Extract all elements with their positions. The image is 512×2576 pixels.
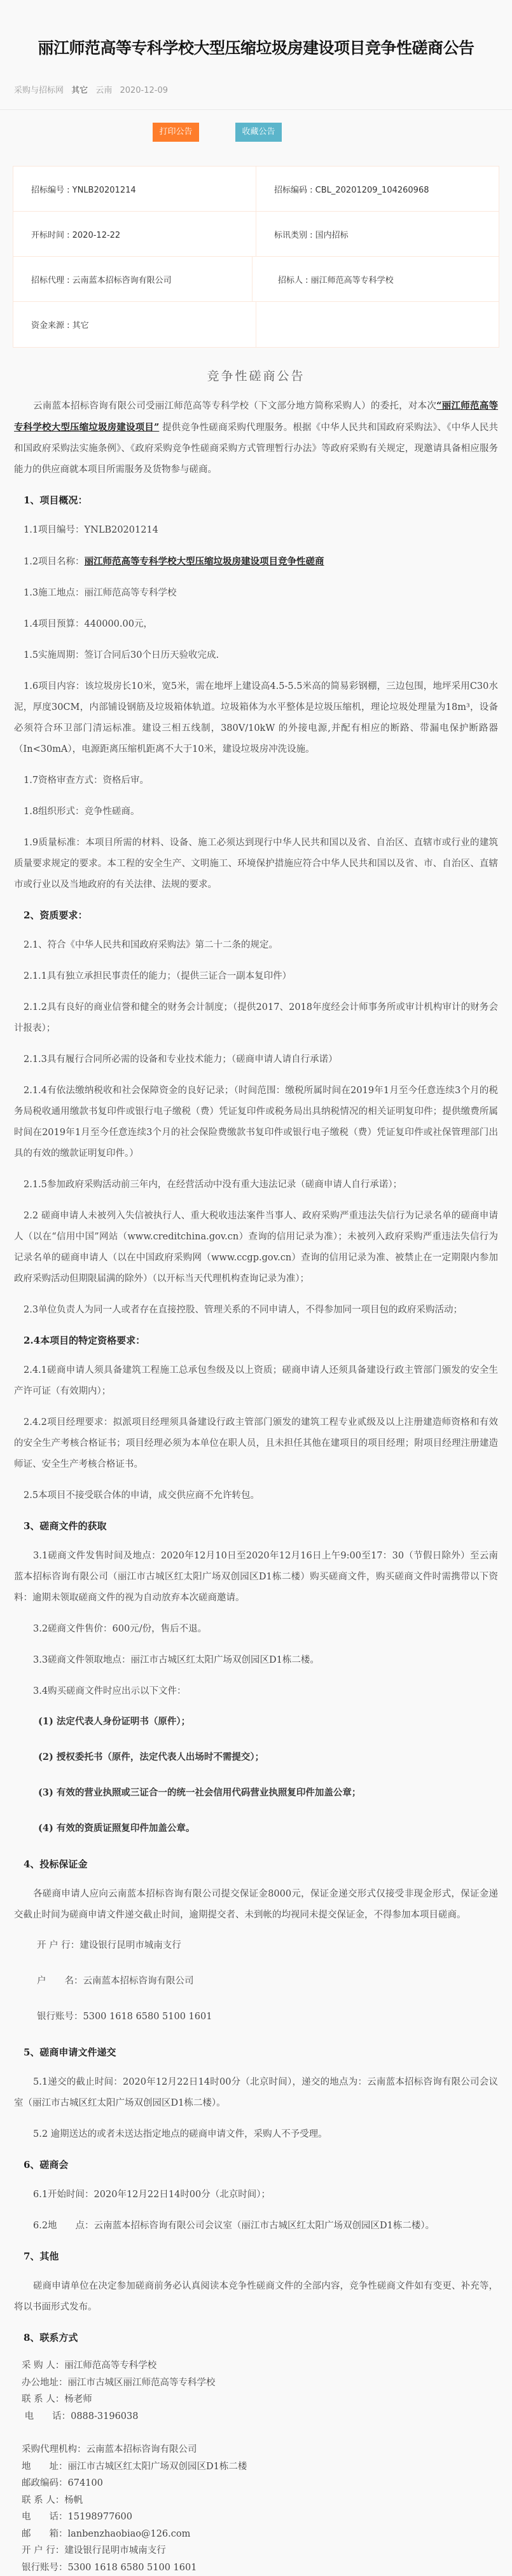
bid-number: 招标编号 : YNLB20201214 [13,167,256,211]
empty-cell [256,302,499,347]
meta-bar: 采购与招标网 其它 云南 2020-12-09 [0,83,512,99]
item: 1.8组织形式：竞争性磋商。 [14,801,498,822]
section-heading: 3、磋商文件的获取 [14,1516,498,1536]
item: 6.1开始时间：2020年12月22日14时00分（北京时间）； [14,2184,498,2205]
item: 3.4购买磋商文件时应出示以下文件： [14,1681,498,1702]
item: 2.3单位负责人为同一人或者存在直接控股、管理关系的不同申请人，不得参加同一项目… [14,1300,498,1321]
other-paragraph: 磋商申请单位在决定参加磋商前务必认真阅读本竞争性磋商文件的全部内容，竞争性磋商文… [14,2276,498,2318]
section-heading: 4、投标保证金 [14,1855,498,1874]
item: 2.5本项目不接受联合体的申请，成交供应商不允许转包。 [14,1485,498,1506]
section-heading: 1、项目概况： [14,491,498,510]
item: 1.4项目预算：440000.00元， [14,614,498,635]
agency-account: 银行账号：5300 1618 6580 5100 1601 [22,2559,498,2576]
item: 2.1.2具有良好的商业信誉和健全的财务会计制度；（提供2017、2018年度经… [14,997,498,1039]
item: 1.2项目名称：丽江师范高等专科学校大型压缩垃圾房建设项目竞争性磋商 [14,551,498,573]
buyer-contact: 联 系 人：杨老师 [22,2391,498,2408]
agency-address: 地 址：丽江市古城区红太阳广场双创园区D1栋二楼 [22,2458,498,2476]
item: 1.6项目内容：该垃圾房长10米，宽5米，需在地坪上建设高4.5-5.5米高的简… [14,676,498,760]
info-row: 开标时间 : 2020-12-22 标讯类别 : 国内招标 [13,212,499,257]
bank-name: 开 户 行：建设银行昆明市城南支行 [14,1936,498,1955]
item: 2.1.3具有履行合同所必需的设备和专业技术能力；（磋商申请人请自行承诺） [14,1049,498,1070]
section-heading: 7、其他 [14,2247,498,2266]
item: 6.2地 点：云南蓝本招标咨询有限公司会议室（丽江市古城区红太阳广场双创园区D1… [14,2216,498,2237]
required-doc: (4) 有效的资质证照复印件加盖公章。 [14,1819,498,1838]
item: 2.2 磋商申请人未被列入失信被执行人、重大税收违法案件当事人、政府采购严重违法… [14,1206,498,1290]
tenderer: 招标人 : 丽江师范高等专科学校 [253,257,499,301]
item: 3.1磋商文件发售时间及地点：2020年12月10日至2020年12月16日上午… [14,1546,498,1609]
source-label: 采购与招标网 [14,86,64,95]
agency-bank: 开 户 行：建设银行昆明市城南支行 [22,2542,498,2559]
account-name: 户 名：云南蓝本招标咨询有限公司 [14,1972,498,1991]
item: 1.1项目编号：YNLB20201214 [14,520,498,541]
buyer-address: 办公地址：丽江市古城区丽江师范高等专科学校 [22,2375,498,2392]
item-label: 1.2项目名称： [24,557,85,567]
page-title: 丽江师范高等专科学校大型压缩垃圾房建设项目竞争性磋商公告 [0,0,512,61]
item: 5.1递交的截止时间：2020年12月22日14时00分（北京时间），递交的地点… [14,2072,498,2114]
required-doc: (3) 有效的营业执照或三证合一的统一社会信用代码营业执照复印件加盖公章； [14,1783,498,1803]
open-time: 开标时间 : 2020-12-22 [13,212,256,256]
category-label: 其它 [71,86,88,95]
buyer-name: 采 购 人：丽江师范高等专科学校 [22,2357,498,2375]
item: 2.1.1具有独立承担民事责任的能力；（提供三证合一副本复印件） [14,966,498,987]
contact-block: 采 购 人：丽江师范高等专科学校 办公地址：丽江市古城区丽江师范高等专科学校 联… [14,2357,498,2576]
intro-paragraph: 云南蓝本招标咨询有限公司受丽江师范高等专科学校（下文部分地方简称采购人）的委托，… [14,395,498,480]
item: 1.5实施周期：签订合同后30个日历天验收完成. [14,645,498,666]
deposit-paragraph: 各磋商申请人应向云南蓝本招标咨询有限公司提交保证金8000元，保证金递交形式仅接… [14,1884,498,1926]
agency-phone: 电 话：15198977600 [22,2509,498,2526]
item: 2.1.5参加政府采购活动前三年内，在经营活动中没有重大违法记录（磋商申请人自行… [14,1175,498,1196]
item: 3.3磋商文件领取地点：丽江市古城区红太阳广场双创园区D1栋二楼。 [14,1650,498,1671]
spacer [22,2425,498,2441]
fund-source: 资金来源 : 其它 [13,302,256,347]
agency-name: 采购代理机构：云南蓝本招标咨询有限公司 [22,2441,498,2458]
buyer-phone: 电 话：0888-3196038 [22,2408,498,2425]
print-button[interactable]: 打印公告 [153,123,199,142]
item: 3.2磋商文件售价：600元/份，售后不退。 [14,1619,498,1640]
favorite-button[interactable]: 收藏公告 [235,123,282,142]
info-row: 招标代理 : 云南蓝本招标咨询有限公司 招标人 : 丽江师范高等专科学校 [13,257,499,302]
info-row: 资金来源 : 其它 [13,302,499,347]
agency-contact: 联 系 人：杨帆 [22,2492,498,2509]
section-heading: 5、磋商申请文件递交 [14,2043,498,2062]
section-heading: 8、联系方式 [14,2328,498,2347]
info-table: 招标编号 : YNLB20201214 招标编码 : CBL_20201209_… [13,166,499,348]
publish-date: 2020-12-09 [120,86,168,95]
item: 2.4.1磋商申请人须具备建筑工程施工总承包叁级及以上资质；磋商申请人还须具备建… [14,1360,498,1402]
bid-code: 招标编码 : CBL_20201209_104260968 [256,167,499,211]
item: 5.2 逾期送达的或者未送达指定地点的磋商申请文件，采购人不予受理。 [14,2124,498,2145]
required-doc: (2) 授权委托书（原件，法定代表人出场时不需提交）； [14,1748,498,1767]
announcement-page: 丽江师范高等专科学校大型压缩垃圾房建设项目竞争性磋商公告 采购与招标网 其它 云… [0,0,512,2576]
agency-email: 邮 箱：lanbenzhaobiao@126.com [22,2526,498,2543]
bid-category: 标讯类别 : 国内招标 [256,212,499,256]
item: 1.9质量标准：本项目所需的材料、设备、施工必须达到现行中华人民共和国以及省、自… [14,833,498,896]
intro-text: 云南蓝本招标咨询有限公司受丽江师范高等专科学校（下文部分地方简称采购人）的委托，… [33,401,436,411]
item: 1.3施工地点：丽江师范高等专科学校 [14,583,498,604]
region-label: 云南 [95,86,112,95]
bid-agency: 招标代理 : 云南蓝本招标咨询有限公司 [13,257,253,301]
info-row: 招标编号 : YNLB20201214 招标编码 : CBL_20201209_… [13,167,499,212]
required-doc: (1) 法定代表人身份证明书（原件）； [14,1712,498,1731]
item: 2.1.4有依法缴纳税收和社会保障资金的良好记录；（时间范围：缴税所属时间在20… [14,1080,498,1164]
agency-postcode: 邮政编码：674100 [22,2475,498,2492]
action-bar: 打印公告 收藏公告 [0,110,512,148]
document-body: 竞争性磋商公告 云南蓝本招标咨询有限公司受丽江师范高等专科学校（下文部分地方简称… [0,348,512,2576]
account-number: 银行账号：5300 1618 6580 5100 1601 [14,2007,498,2026]
project-name: 丽江师范高等专科学校大型压缩垃圾房建设项目竞争性磋商 [85,556,324,567]
section-heading: 2、资质要求： [14,906,498,925]
document-title: 竞争性磋商公告 [14,367,498,384]
section-heading: 6、磋商会 [14,2155,498,2174]
item: 2.4.2项目经理要求：拟派项目经理须具备建设行政主管部门颁发的建筑工程专业贰级… [14,1412,498,1475]
subsection-heading: 2.4本项目的特定资格要求： [14,1331,498,1350]
item: 1.7资格审查方式：资格后审。 [14,770,498,791]
item: 2.1、符合《中华人民共和国政府采购法》第二十二条的规定。 [14,935,498,956]
